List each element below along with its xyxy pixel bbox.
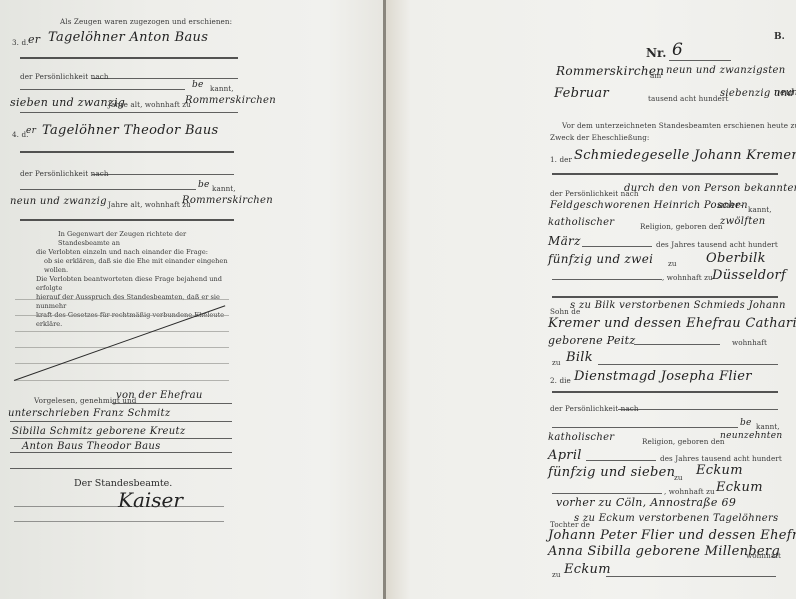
- groom-birth-year-label: des Jahres tausend acht hundert: [656, 240, 778, 249]
- groom-parents-3: geborene Peitz: [548, 334, 635, 347]
- witness3-known-hand: be: [192, 80, 204, 90]
- groom-identity-1: durch den von Person bekannten: [624, 183, 796, 194]
- rule: [20, 151, 234, 153]
- bride-parents-residence-prefix: zu: [552, 570, 561, 579]
- intro-line-1: Vor dem unterzeichneten Standesbeamten e…: [562, 121, 796, 130]
- bride-residence-note: vorher zu Cöln, Annostraße 69: [556, 496, 736, 509]
- groom-known-label: kannt,: [748, 205, 772, 214]
- bride-religion: katholischer: [548, 432, 614, 443]
- groom-identity-3: aner-: [718, 201, 743, 211]
- ceremony-line: ob sie erklären, daß sie die Ehe mit ein…: [36, 257, 236, 275]
- witness3-prefix-hand: er: [28, 33, 40, 46]
- blank-rule: [15, 380, 229, 381]
- groom-residence: Düsseldorf: [712, 268, 786, 283]
- signature-line-2: Sibilla Schmitz geborene Kreutz: [12, 426, 185, 437]
- blank-rule: [15, 363, 229, 364]
- rule: [112, 403, 232, 404]
- bride-residence: Eckum: [716, 480, 763, 495]
- witnesses-intro: Als Zeugen waren zugezogen und erschiene…: [60, 17, 232, 26]
- signature-line-1: unterschrieben Franz Schmitz: [8, 408, 170, 419]
- ceremony-line: hierauf der Ausspruch des Standesbeamten…: [36, 293, 236, 311]
- groom-birth-day: zwölften: [720, 216, 766, 227]
- bride-birth-year: fünfzig und sieben: [548, 465, 675, 480]
- witness4-prefix-hand: er: [26, 126, 36, 136]
- rule: [20, 189, 196, 190]
- witness4-name: Tagelöhner Theodor Baus: [42, 123, 219, 138]
- rule: [598, 364, 778, 365]
- rule: [14, 506, 224, 507]
- groom-birth-place-label: zu: [668, 259, 677, 268]
- groom-name: Schmiedegeselle Johann Kremer: [574, 148, 796, 163]
- witness4-age-label: Jahre alt, wohnhaft zu: [108, 200, 191, 209]
- bride-birth-day: neunzehnten: [720, 431, 782, 441]
- record-number: 6: [672, 40, 683, 60]
- bride-prefix: 2. die: [550, 376, 571, 385]
- blank-rule: [15, 331, 229, 332]
- groom-residence-label: , wohnhaft zu: [662, 273, 713, 282]
- day: neun und zwanzigsten: [666, 65, 786, 76]
- groom-parents-1: s zu Bilk verstorbenen Schmieds Johann: [570, 300, 786, 311]
- bride-birth-year-label: des Jahres tausend acht hundert: [660, 454, 782, 463]
- record-number-label: Nr.: [646, 46, 666, 60]
- bride-parents-residence: Eckum: [564, 562, 611, 577]
- rule: [586, 460, 656, 461]
- bride-parents-residence-label: wohnhaft: [746, 551, 781, 560]
- bride-parents-2: Johann Peter Flier und dessen Ehefrau: [548, 528, 796, 543]
- date-am: am: [650, 71, 661, 80]
- year-label: tausend acht hundert: [648, 94, 728, 103]
- official-signature: Kaiser: [118, 488, 183, 512]
- witness3-age-label: Jahre alt, wohnhaft zu: [108, 100, 191, 109]
- witness4-known-label: kannt,: [212, 184, 236, 193]
- groom-birth-year: fünfzig und zwei: [548, 252, 653, 266]
- place: Rommerskirchen: [556, 64, 664, 78]
- groom-religion: katholischer: [548, 217, 614, 228]
- rule: [552, 427, 738, 428]
- rule: [634, 344, 720, 345]
- bride-residence-label: , wohnhaft zu: [664, 487, 715, 496]
- bride-name: Dienstmagd Josepha Flier: [574, 369, 752, 384]
- blank-rule: [15, 299, 229, 300]
- groom-prefix: 1. der: [550, 155, 572, 164]
- rule: [669, 60, 731, 61]
- groom-parents-residence-label: wohnhaft: [732, 338, 767, 347]
- left-page: Als Zeugen waren zugezogen und erschiene…: [0, 0, 386, 599]
- ceremony-line: kraft des Gesetzes für rechtmäßig verbun…: [36, 311, 236, 329]
- witness4-residence: Rommerskirchen: [182, 195, 273, 206]
- rule: [20, 219, 234, 221]
- bride-religion-label: Religion, geboren den: [642, 437, 725, 446]
- rule: [552, 391, 778, 393]
- rule: [552, 493, 662, 494]
- witness4-known-hand: be: [198, 180, 210, 190]
- intro-line-2: Zweck der Eheschließung:: [550, 133, 649, 142]
- groom-birth-month: März: [548, 234, 581, 248]
- witness3-residence: Rommerskirchen: [185, 95, 276, 106]
- bride-birth-place-label: zu: [674, 473, 683, 482]
- rule: [20, 89, 185, 90]
- witness4-age: neun und zwanzig: [10, 196, 107, 207]
- rule: [618, 409, 778, 410]
- ceremony-line: Die Verlobten beantworteten diese Frage …: [36, 275, 236, 293]
- groom-parents-residence: Bilk: [566, 350, 593, 365]
- ceremony-line: In Gegenwart der Zeugen richtete der Sta…: [36, 230, 236, 248]
- bride-known-hand: be: [740, 418, 752, 428]
- year-hand-2: neun: [774, 88, 796, 98]
- rule: [10, 468, 232, 469]
- rule: [582, 246, 652, 247]
- rule: [552, 279, 662, 280]
- ceremony-line: die Verlobten einzeln und nach einander …: [36, 248, 236, 257]
- page-marker: B.: [774, 32, 785, 42]
- groom-birth-place: Oberbilk: [706, 251, 766, 266]
- witness3-identity-label: der Persönlichkeit nach: [20, 72, 109, 81]
- bride-known-label: kannt,: [756, 422, 780, 431]
- groom-religion-label: Religion, geboren den: [640, 222, 723, 231]
- witness3-prefix: 3. d.: [12, 38, 29, 47]
- signature-line-3: Anton Baus Theodor Baus: [22, 441, 161, 452]
- rule: [92, 78, 238, 79]
- witness3-known-label: kannt,: [210, 84, 234, 93]
- rule: [552, 173, 778, 175]
- read-hand: von der Ehefrau: [116, 390, 203, 401]
- rule: [14, 521, 224, 522]
- rule: [552, 296, 778, 298]
- rule: [606, 576, 776, 577]
- rule: [20, 112, 238, 113]
- rule: [10, 452, 232, 453]
- month: Februar: [554, 86, 609, 101]
- bride-parents-1: s zu Eckum verstorbenen Tagelöhners: [574, 513, 778, 524]
- groom-parents-2: Kremer und dessen Ehefrau Catharina: [548, 316, 796, 331]
- blank-rule: [15, 347, 229, 348]
- right-page: B. Nr. 6 Rommerskirchen am neun und zwan…: [386, 0, 796, 599]
- witness3-name: Tagelöhner Anton Baus: [48, 30, 208, 45]
- bride-birth-place: Eckum: [696, 463, 743, 478]
- bride-birth-month: April: [548, 448, 582, 463]
- rule: [10, 438, 232, 439]
- groom-parents-residence-prefix: zu: [552, 358, 561, 367]
- rule: [10, 421, 232, 422]
- rule: [20, 57, 238, 59]
- rule: [92, 174, 234, 175]
